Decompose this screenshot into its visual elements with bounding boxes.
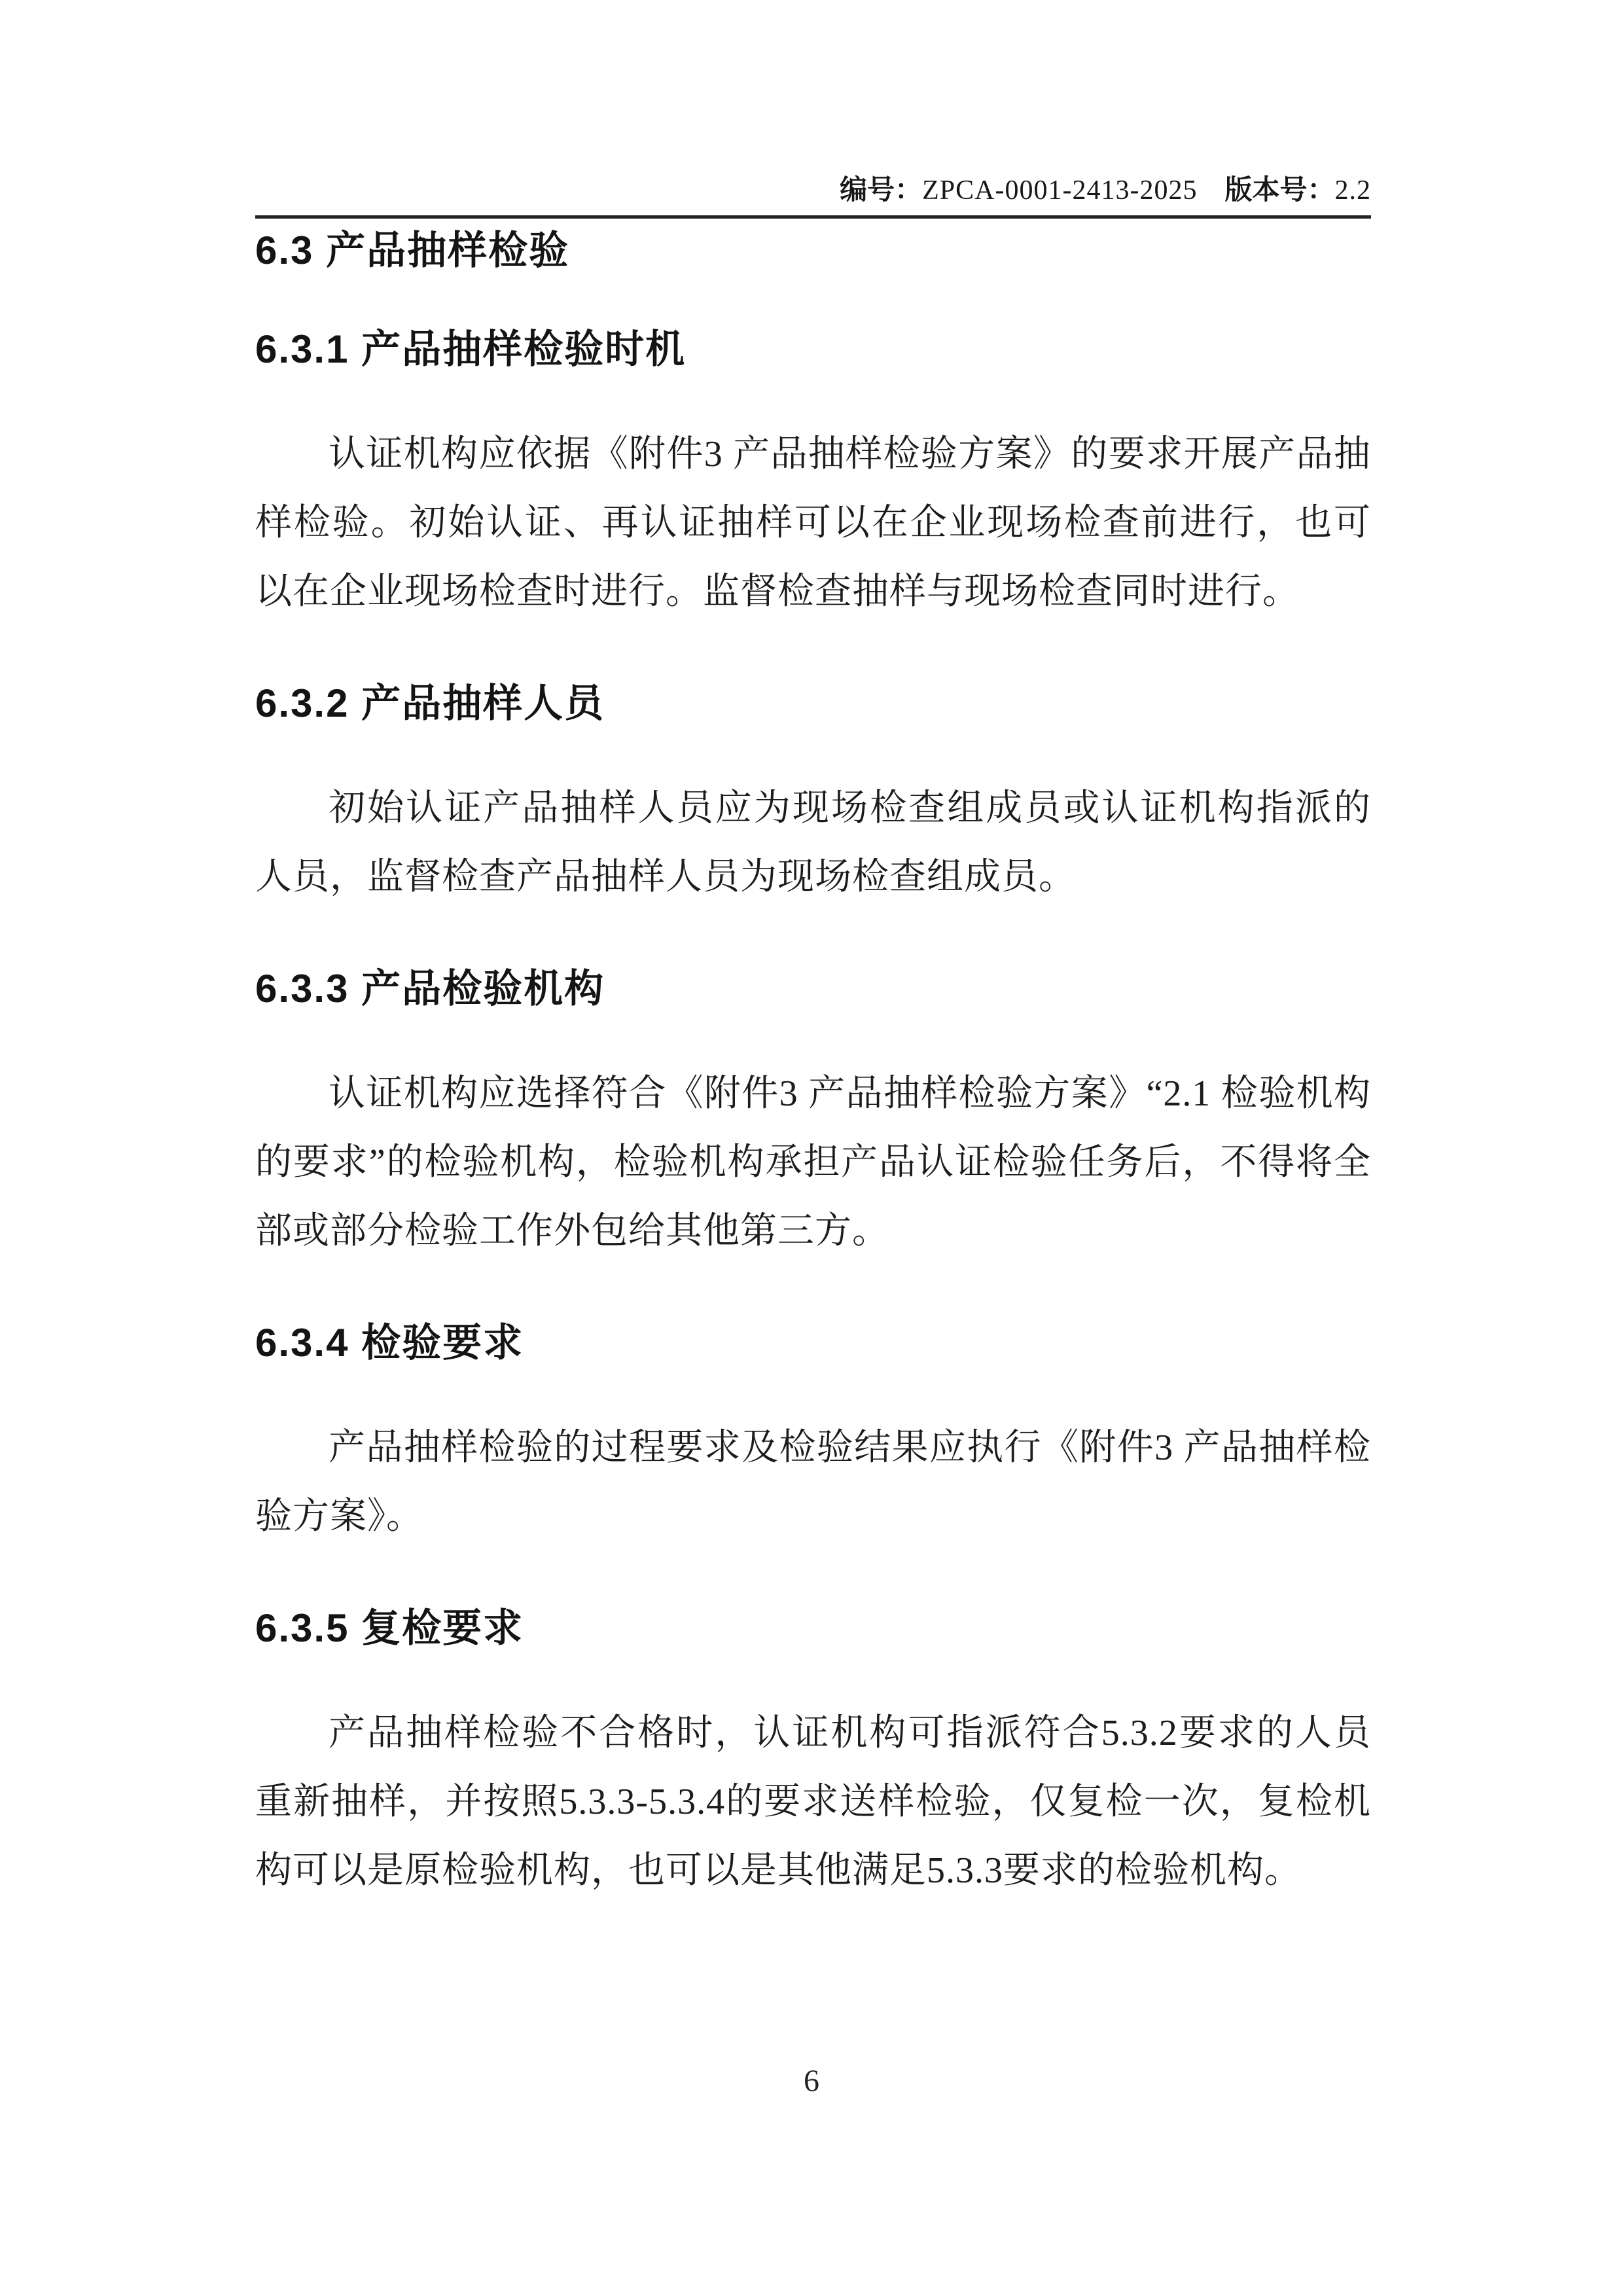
page-content: 编号：ZPCA-0001-2413-2025版本号：2.2 6.3 产品抽样检验… xyxy=(255,171,1371,1905)
section-paragraph-632: 初始认证产品抽样人员应为现场检查组成员或认证机构指派的人员，监督检查产品抽样人员… xyxy=(255,774,1371,912)
section-heading-632: 6.3.2 产品抽样人员 xyxy=(255,682,1371,725)
section-paragraph-634: 产品抽样检验的过程要求及检验结果应执行《附件3 产品抽样检验方案》。 xyxy=(255,1414,1371,1551)
header-rule xyxy=(255,215,1371,219)
section-heading-633: 6.3.3 产品检验机构 xyxy=(255,967,1371,1011)
section-paragraph-631: 认证机构应依据《附件3 产品抽样检验方案》的要求开展产品抽样检验。初始认证、再认… xyxy=(255,420,1371,626)
version-value: 2.2 xyxy=(1335,175,1372,206)
doc-number-label: 编号： xyxy=(840,174,922,205)
section-heading-635: 6.3.5 复检要求 xyxy=(255,1607,1371,1650)
section-paragraph-635: 产品抽样检验不合格时，认证机构可指派符合5.3.2要求的人员重新抽样，并按照5.… xyxy=(255,1699,1371,1905)
document-page: 编号：ZPCA-0001-2413-2025版本号：2.2 6.3 产品抽样检验… xyxy=(0,0,1623,2296)
chapter-heading: 6.3 产品抽样检验 xyxy=(255,229,1371,272)
section-heading-631: 6.3.1 产品抽样检验时机 xyxy=(255,328,1371,371)
version-label: 版本号： xyxy=(1224,174,1334,205)
document-header: 编号：ZPCA-0001-2413-2025版本号：2.2 xyxy=(255,171,1371,209)
page-number: 6 xyxy=(0,2063,1623,2099)
section-paragraph-633: 认证机构应选择符合《附件3 产品抽样检验方案》“2.1 检验机构的要求”的检验机… xyxy=(255,1060,1371,1266)
section-heading-634: 6.3.4 检验要求 xyxy=(255,1321,1371,1365)
doc-number-value: ZPCA-0001-2413-2025 xyxy=(922,175,1197,206)
